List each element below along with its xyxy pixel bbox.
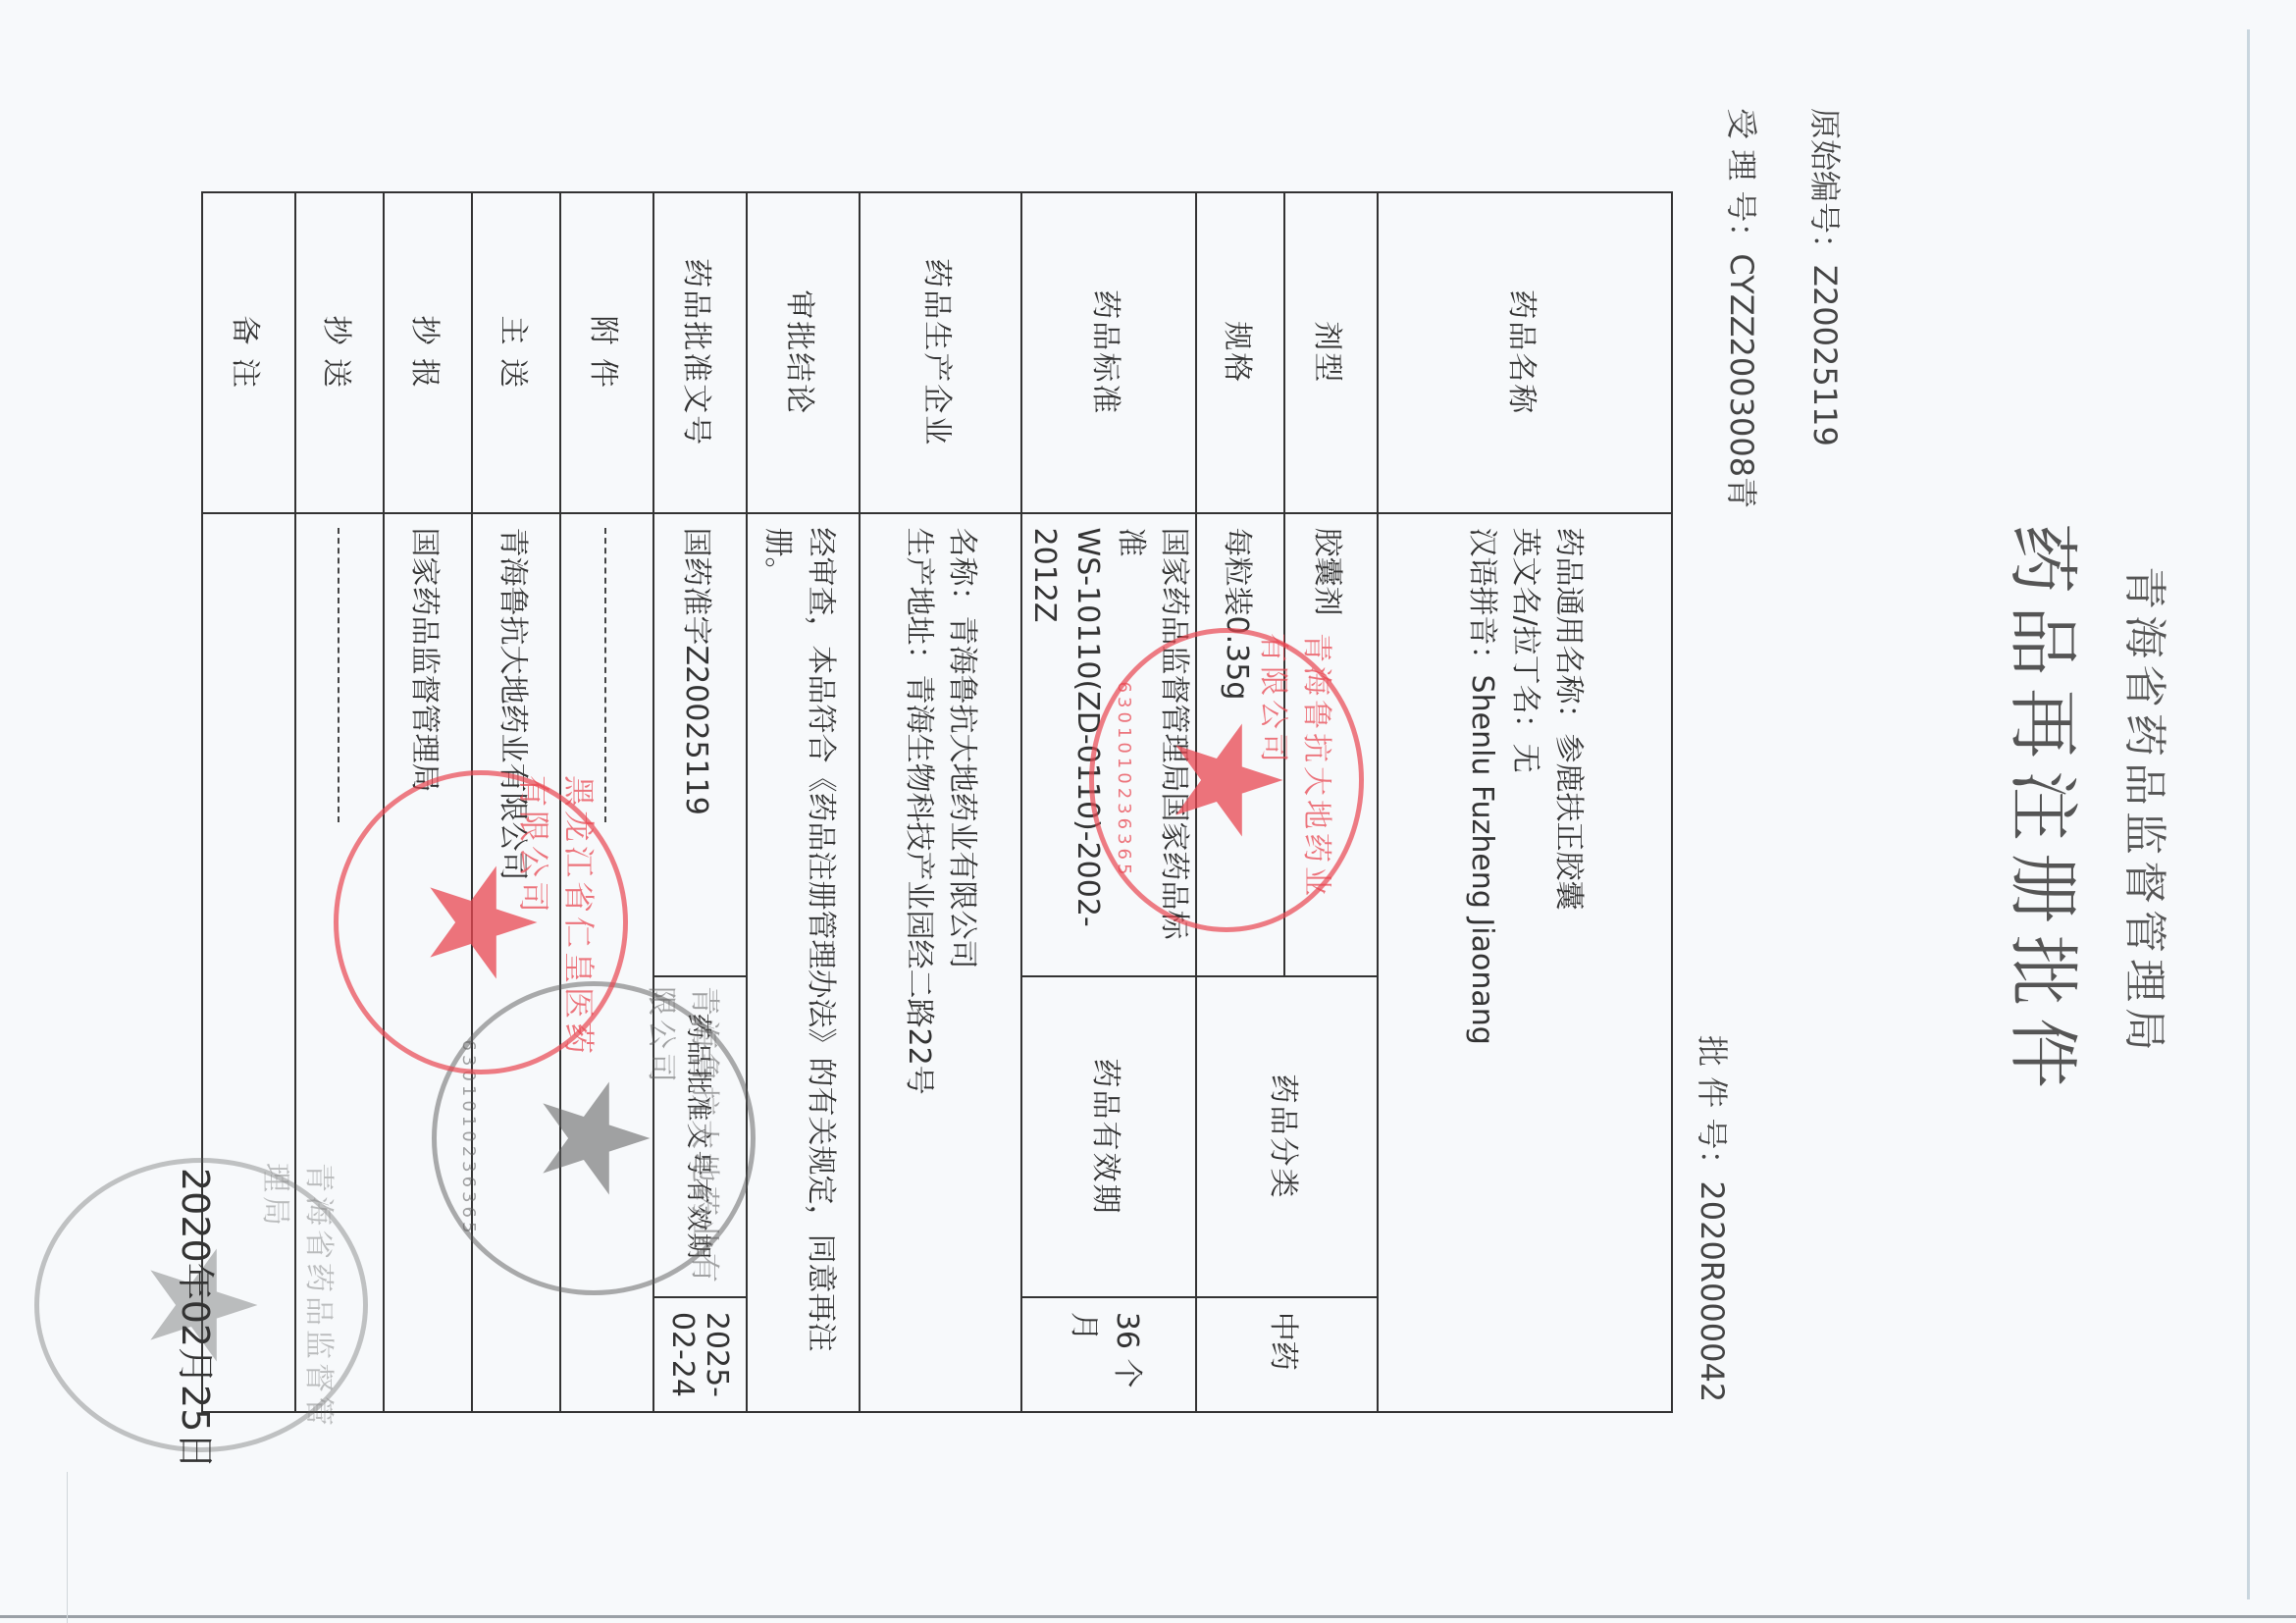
drug-name-label: 药品名称 xyxy=(1378,192,1672,513)
conclusion-value: 经审查，本品符合《药品注册管理办法》的有关规定，同意再注册。 xyxy=(747,513,860,1412)
english-latin-name: 英文名/拉丁名：无 xyxy=(1503,528,1546,1397)
copy-report-label: 抄 报 xyxy=(384,192,472,513)
drug-name-value: 药品通用名称：参鹿扶正胶囊 英文名/拉丁名：无 汉语拼音：Shenlu Fuzh… xyxy=(1378,513,1672,1412)
dosage-form-label: 剂型 xyxy=(1284,192,1378,513)
drug-standard-label: 药品标准 xyxy=(1021,192,1196,513)
specification-label: 规格 xyxy=(1196,192,1284,513)
main-recipient-label: 主 送 xyxy=(472,192,560,513)
drug-validity-label: 药品有效期 xyxy=(1021,976,1196,1297)
table-row: 药品名称 药品通用名称：参鹿扶正胶囊 英文名/拉丁名：无 汉语拼音：Shenlu… xyxy=(1378,192,1672,1412)
drug-category-value: 中药 xyxy=(1196,1297,1378,1412)
hlj-company-seal-red: ★ 黑龙江省仁皇医药有限公司 xyxy=(334,770,628,1074)
document-title: 药品再注册批件 xyxy=(1998,0,2100,1623)
drug-category-label: 药品分类 xyxy=(1196,976,1378,1297)
approval-document-number: 批 件 号：2020R000042 xyxy=(1692,1035,1737,1402)
original-number: 原始编号：Z20025119 xyxy=(1804,108,1850,446)
empty-placeholder-line xyxy=(338,528,339,822)
drug-validity-value: 36 个月 xyxy=(1021,1297,1196,1412)
approval-number-value: 国药准字Z20025119 xyxy=(653,513,747,977)
attachment-label: 附 件 xyxy=(560,192,653,513)
generic-name: 药品通用名称：参鹿扶正胶囊 xyxy=(1546,528,1590,1397)
issuing-agency: 青海省药品监督管理局 xyxy=(2117,0,2180,1623)
conclusion-label: 审批结论 xyxy=(747,192,860,513)
acceptance-number: 受 理 号：CYZZ2003008青 xyxy=(1721,108,1766,508)
manufacturer-value: 名称：青海鲁抗大地药业有限公司 生产地址：青海生物科技产业园经二路22号 xyxy=(860,513,1021,1412)
issue-date: 2020年02月25日 xyxy=(172,1168,226,1469)
manufacturer-name: 名称：青海鲁抗大地药业有限公司 xyxy=(941,528,984,1397)
approval-document-page: 青海省药品监督管理局 药品再注册批件 原始编号：Z20025119 受 理 号：… xyxy=(0,0,2296,1623)
company-seal-red: ★ 青海鲁抗大地药业有限公司 6301010236365 xyxy=(1089,628,1364,932)
manufacturer-label: 药品生产企业 xyxy=(860,192,1021,513)
approval-validity-value: 2025-02-24 xyxy=(653,1297,747,1412)
copy-send-label: 抄 送 xyxy=(295,192,384,513)
approval-number-label: 药品批准文号 xyxy=(653,192,747,513)
remarks-label: 备 注 xyxy=(202,192,295,513)
empty-placeholder-line xyxy=(605,528,607,822)
table-row: 药品生产企业 名称：青海鲁抗大地药业有限公司 生产地址：青海生物科技产业园经二路… xyxy=(860,192,1021,1412)
table-row: 审批结论 经审查，本品符合《药品注册管理办法》的有关规定，同意再注册。 xyxy=(747,192,860,1412)
pinyin-name: 汉语拼音：Shenlu Fuzheng Jiaonang xyxy=(1460,528,1503,1397)
manufacturer-address: 生产地址：青海生物科技产业园经二路22号 xyxy=(898,528,941,1397)
